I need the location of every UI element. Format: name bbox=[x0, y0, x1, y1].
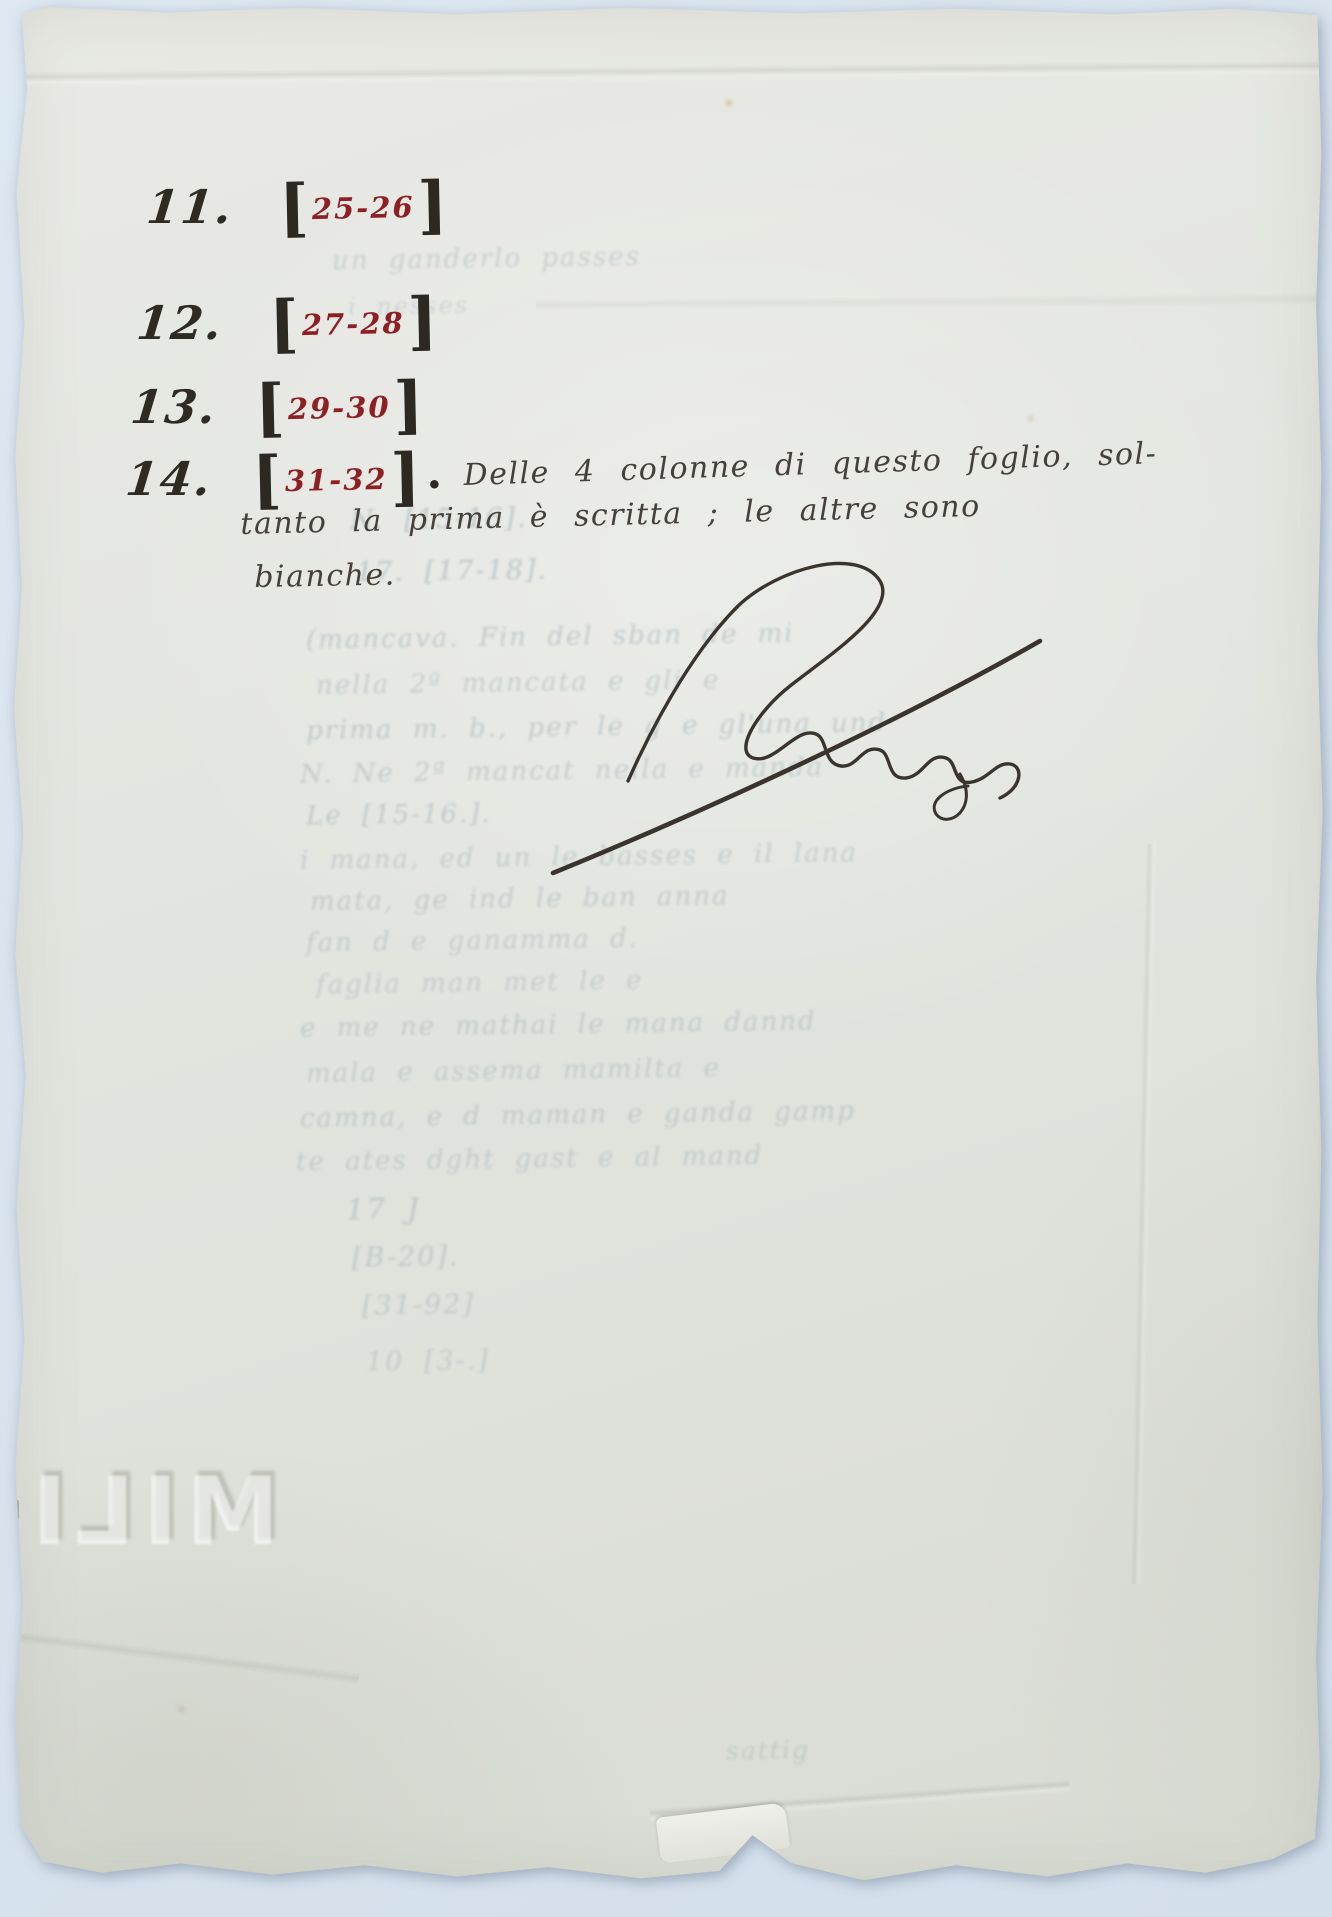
ghost-bleedthrough-line: mala e assema mamilta e bbox=[306, 1053, 721, 1089]
item-number: 14. bbox=[123, 452, 215, 506]
torn-edge-mark bbox=[11, 1596, 18, 1610]
list-item-11: 11. [ 25-26 ] bbox=[147, 180, 447, 234]
ghost-bleedthrough-line: [B-20]. bbox=[352, 1241, 460, 1273]
list-item-12: 12. [ 27-28 ] bbox=[137, 296, 437, 350]
bracket-open: [ bbox=[252, 453, 283, 506]
foxing-stain bbox=[1028, 416, 1033, 421]
torn-edge-mark bbox=[13, 250, 20, 264]
bracket-open: [ bbox=[279, 181, 310, 234]
bracket-group: [ 31-32 ] bbox=[252, 450, 421, 506]
torn-flap bbox=[656, 1802, 791, 1864]
manuscript-paper: un ganderlo passesi nessesN. [15-16].17.… bbox=[10, 4, 1324, 1884]
item-number: 11. bbox=[144, 180, 236, 234]
page-range: 31-32 bbox=[285, 462, 388, 498]
ghost-bleedthrough-line: Le [15-16.]. bbox=[306, 799, 492, 832]
torn-edge-mark bbox=[11, 328, 18, 346]
bracket-group: [ 27-28 ] bbox=[269, 294, 438, 350]
foxing-stain bbox=[726, 100, 732, 106]
paper-wrapper: un ganderlo passesi nessesN. [15-16].17.… bbox=[0, 0, 1332, 1917]
bracket-close: ] bbox=[390, 450, 421, 503]
item-period: . bbox=[426, 452, 442, 492]
note-line-3: bianche. bbox=[254, 558, 396, 595]
torn-edge-mark bbox=[12, 56, 19, 72]
bracket-open: [ bbox=[269, 297, 300, 350]
page-range: 25-26 bbox=[312, 190, 415, 226]
bracket-close: ] bbox=[407, 294, 438, 347]
note-line-1: Delle 4 colonne di questo foglio, sol- bbox=[464, 436, 1159, 493]
bracket-open: [ bbox=[255, 381, 286, 434]
page-range: 29-30 bbox=[288, 390, 391, 426]
ghost-bleedthrough-line: faglia man met le e bbox=[316, 966, 644, 1001]
embossed-watermark: MILI bbox=[26, 1456, 281, 1565]
bracket-close: ] bbox=[417, 178, 448, 231]
ghost-bleedthrough-line: un ganderlo passes bbox=[332, 242, 641, 276]
ghost-bleedthrough-line: 17 J bbox=[346, 1191, 421, 1226]
ghost-bleedthrough-line: sattig bbox=[726, 1735, 810, 1765]
ghost-bleedthrough-line: 10 [3-.] bbox=[366, 1345, 490, 1378]
ghost-bleedthrough-line: fan d e ganamma d. bbox=[306, 924, 639, 959]
paper-crease bbox=[536, 293, 1324, 311]
list-item-13: 13. [ 29-30 ] bbox=[131, 380, 423, 434]
ghost-bleedthrough-line: e me ne mathai le mana dannd bbox=[300, 1006, 817, 1043]
foxing-stain bbox=[178, 1706, 185, 1712]
item-number: 13. bbox=[128, 380, 220, 434]
bracket-group: [ 25-26 ] bbox=[279, 178, 448, 234]
signature-flourish bbox=[528, 536, 1088, 901]
paper-crease bbox=[1130, 844, 1157, 1584]
ghost-bleedthrough-line: camna, e d maman e ganda gamp bbox=[300, 1096, 856, 1134]
page-range: 27-28 bbox=[302, 306, 405, 342]
ghost-bleedthrough-line: te ates dght gast e al mand bbox=[296, 1141, 764, 1178]
torn-edge-mark bbox=[12, 1500, 19, 1520]
item-number: 12. bbox=[134, 296, 226, 350]
bracket-close: ] bbox=[393, 378, 424, 431]
paper-crease bbox=[21, 1631, 360, 1684]
paper-crease bbox=[10, 60, 1324, 87]
bleedthrough-layer: un ganderlo passesi nessesN. [15-16].17.… bbox=[10, 4, 1324, 1884]
bracket-group: [ 29-30 ] bbox=[255, 378, 424, 434]
torn-edge-mark bbox=[11, 212, 18, 234]
ghost-bleedthrough-line: [31-92] bbox=[362, 1289, 475, 1322]
